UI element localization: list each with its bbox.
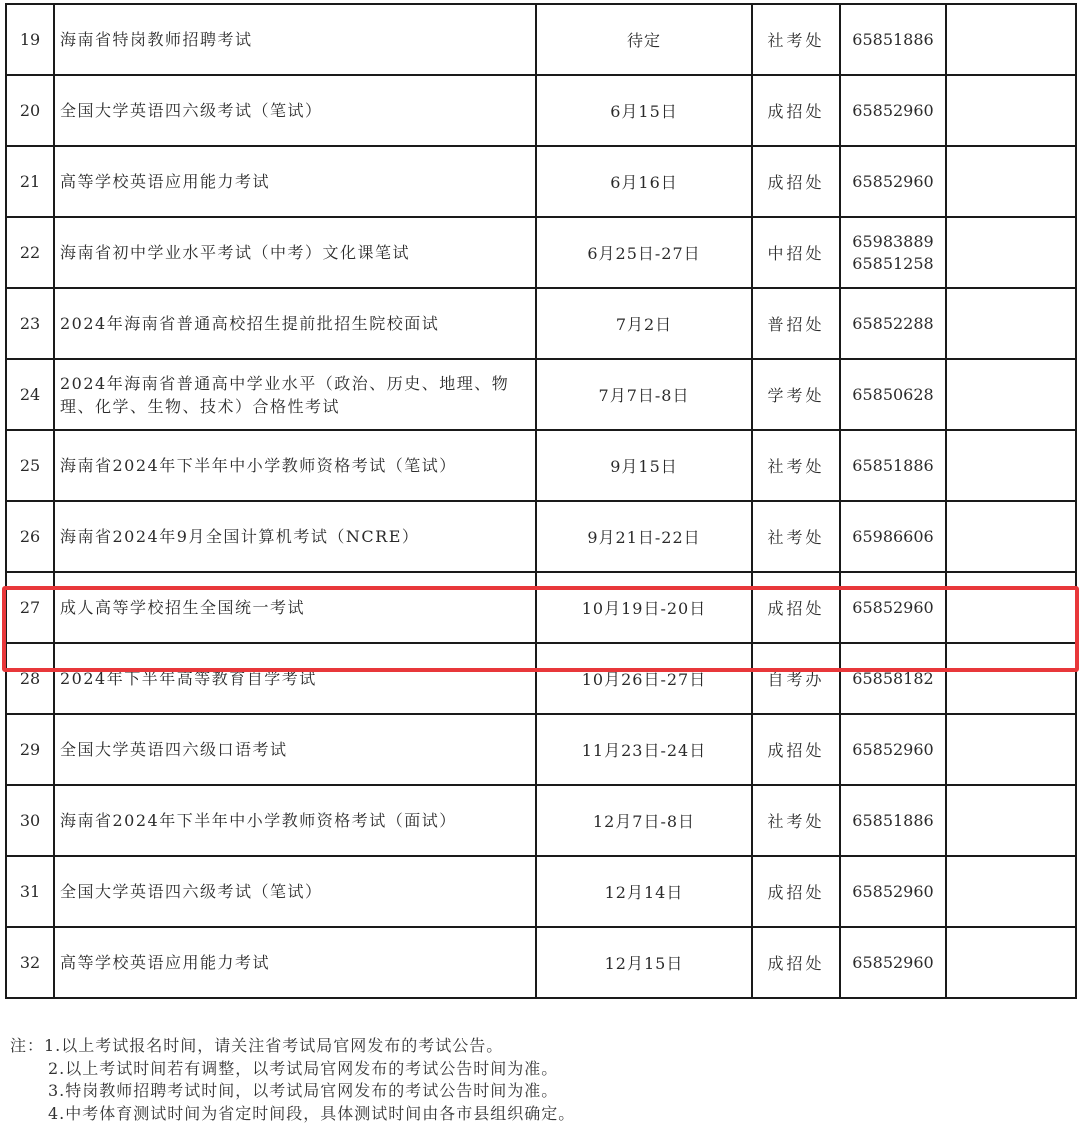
phone-number: 65852960 — [841, 881, 945, 903]
responsible-dept: 成招处 — [752, 75, 840, 146]
responsible-dept: 中招处 — [752, 217, 840, 288]
row-number: 29 — [6, 714, 54, 785]
table-row: 242024年海南省普通高中学业水平（政治、历史、地理、物理、化学、生物、技术）… — [6, 359, 1076, 430]
contact-phone: 65852960 — [840, 927, 946, 998]
contact-phone: 65851886 — [840, 430, 946, 501]
table-row: 29全国大学英语四六级口语考试11月23日-24日成招处65852960 — [6, 714, 1076, 785]
responsible-dept: 成招处 — [752, 146, 840, 217]
contact-phone: 6598388965851258 — [840, 217, 946, 288]
exam-name: 全国大学英语四六级考试（笔试） — [54, 856, 536, 927]
exam-name: 2024年下半年高等教育自学考试 — [54, 643, 536, 714]
row-number: 27 — [6, 572, 54, 643]
exam-date: 6月15日 — [536, 75, 752, 146]
table-row: 26海南省2024年9月全国计算机考试（NCRE）9月21日-22日社考处659… — [6, 501, 1076, 572]
phone-number: 65852960 — [841, 739, 945, 761]
exam-date: 12月7日-8日 — [536, 785, 752, 856]
table-row: 27成人高等学校招生全国统一考试10月19日-20日成招处65852960 — [6, 572, 1076, 643]
remarks-cell — [946, 288, 1076, 359]
contact-phone: 65851886 — [840, 4, 946, 75]
remarks-cell — [946, 714, 1076, 785]
remarks-cell — [946, 785, 1076, 856]
responsible-dept: 自考办 — [752, 643, 840, 714]
responsible-dept: 社考处 — [752, 785, 840, 856]
table-row: 21高等学校英语应用能力考试6月16日成招处65852960 — [6, 146, 1076, 217]
exam-date: 6月16日 — [536, 146, 752, 217]
exam-name: 2024年海南省普通高中学业水平（政治、历史、地理、物理、化学、生物、技术）合格… — [54, 359, 536, 430]
note-line: 3.特岗教师招聘考试时间，以考试局官网发布的考试公告时间为准。 — [10, 1080, 575, 1103]
phone-number: 65851886 — [841, 455, 945, 477]
exam-name: 高等学校英语应用能力考试 — [54, 927, 536, 998]
exam-name: 海南省特岗教师招聘考试 — [54, 4, 536, 75]
phone-number: 65852288 — [841, 313, 945, 335]
contact-phone: 65852288 — [840, 288, 946, 359]
remarks-cell — [946, 217, 1076, 288]
exam-date: 12月14日 — [536, 856, 752, 927]
remarks-cell — [946, 75, 1076, 146]
exam-date: 7月2日 — [536, 288, 752, 359]
exam-schedule-body: 19海南省特岗教师招聘考试待定社考处6585188620全国大学英语四六级考试（… — [6, 4, 1076, 998]
contact-phone: 65851886 — [840, 785, 946, 856]
table-row: 22海南省初中学业水平考试（中考）文化课笔试6月25日-27日中招处659838… — [6, 217, 1076, 288]
contact-phone: 65986606 — [840, 501, 946, 572]
exam-name: 全国大学英语四六级考试（笔试） — [54, 75, 536, 146]
exam-name: 海南省2024年下半年中小学教师资格考试（面试） — [54, 785, 536, 856]
table-row: 19海南省特岗教师招聘考试待定社考处65851886 — [6, 4, 1076, 75]
row-number: 22 — [6, 217, 54, 288]
phone-number: 65983889 — [841, 231, 945, 253]
phone-number: 65850628 — [841, 384, 945, 406]
row-number: 24 — [6, 359, 54, 430]
responsible-dept: 成招处 — [752, 856, 840, 927]
row-number: 19 — [6, 4, 54, 75]
exam-name: 海南省2024年下半年中小学教师资格考试（笔试） — [54, 430, 536, 501]
remarks-cell — [946, 501, 1076, 572]
phone-number: 65852960 — [841, 597, 945, 619]
phone-number: 65851258 — [841, 253, 945, 275]
phone-number: 65852960 — [841, 171, 945, 193]
table-row: 282024年下半年高等教育自学考试10月26日-27日自考办65858182 — [6, 643, 1076, 714]
contact-phone: 65852960 — [840, 146, 946, 217]
responsible-dept: 社考处 — [752, 430, 840, 501]
row-number: 21 — [6, 146, 54, 217]
phone-number: 65851886 — [841, 810, 945, 832]
table-row: 232024年海南省普通高校招生提前批招生院校面试7月2日普招处65852288 — [6, 288, 1076, 359]
exam-name: 全国大学英语四六级口语考试 — [54, 714, 536, 785]
remarks-cell — [946, 146, 1076, 217]
exam-name: 高等学校英语应用能力考试 — [54, 146, 536, 217]
remarks-cell — [946, 927, 1076, 998]
row-number: 23 — [6, 288, 54, 359]
contact-phone: 65852960 — [840, 714, 946, 785]
remarks-cell — [946, 430, 1076, 501]
responsible-dept: 学考处 — [752, 359, 840, 430]
exam-date: 待定 — [536, 4, 752, 75]
note-line: 4.中考体育测试时间为省定时间段，具体测试时间由各市县组织确定。 — [10, 1103, 575, 1126]
contact-phone: 65852960 — [840, 856, 946, 927]
table-row: 31全国大学英语四六级考试（笔试）12月14日成招处65852960 — [6, 856, 1076, 927]
phone-number: 65852960 — [841, 100, 945, 122]
exam-name: 海南省2024年9月全国计算机考试（NCRE） — [54, 501, 536, 572]
row-number: 25 — [6, 430, 54, 501]
table-row: 20全国大学英语四六级考试（笔试）6月15日成招处65852960 — [6, 75, 1076, 146]
contact-phone: 65858182 — [840, 643, 946, 714]
row-number: 30 — [6, 785, 54, 856]
note-line: 注：1.以上考试报名时间，请关注省考试局官网发布的考试公告。 — [10, 1035, 575, 1058]
remarks-cell — [946, 572, 1076, 643]
table-row: 32高等学校英语应用能力考试12月15日成招处65852960 — [6, 927, 1076, 998]
exam-date: 7月7日-8日 — [536, 359, 752, 430]
exam-name: 海南省初中学业水平考试（中考）文化课笔试 — [54, 217, 536, 288]
exam-date: 12月15日 — [536, 927, 752, 998]
exam-date: 9月15日 — [536, 430, 752, 501]
remarks-cell — [946, 359, 1076, 430]
exam-date: 10月26日-27日 — [536, 643, 752, 714]
responsible-dept: 成招处 — [752, 714, 840, 785]
remarks-cell — [946, 643, 1076, 714]
phone-number: 65986606 — [841, 526, 945, 548]
row-number: 26 — [6, 501, 54, 572]
responsible-dept: 社考处 — [752, 501, 840, 572]
row-number: 31 — [6, 856, 54, 927]
remarks-cell — [946, 4, 1076, 75]
exam-name: 成人高等学校招生全国统一考试 — [54, 572, 536, 643]
phone-number: 65858182 — [841, 668, 945, 690]
phone-number: 65852960 — [841, 952, 945, 974]
responsible-dept: 社考处 — [752, 4, 840, 75]
exam-date: 9月21日-22日 — [536, 501, 752, 572]
remarks-cell — [946, 856, 1076, 927]
contact-phone: 65852960 — [840, 572, 946, 643]
exam-schedule-table: 19海南省特岗教师招聘考试待定社考处6585188620全国大学英语四六级考试（… — [5, 3, 1077, 999]
contact-phone: 65850628 — [840, 359, 946, 430]
responsible-dept: 成招处 — [752, 927, 840, 998]
responsible-dept: 普招处 — [752, 288, 840, 359]
row-number: 20 — [6, 75, 54, 146]
notes-section: 注：1.以上考试报名时间，请关注省考试局官网发布的考试公告。 2.以上考试时间若… — [10, 1035, 575, 1125]
table-row: 25海南省2024年下半年中小学教师资格考试（笔试）9月15日社考处658518… — [6, 430, 1076, 501]
exam-date: 6月25日-27日 — [536, 217, 752, 288]
table-row: 30海南省2024年下半年中小学教师资格考试（面试）12月7日-8日社考处658… — [6, 785, 1076, 856]
contact-phone: 65852960 — [840, 75, 946, 146]
phone-number: 65851886 — [841, 29, 945, 51]
exam-date: 11月23日-24日 — [536, 714, 752, 785]
note-line: 2.以上考试时间若有调整，以考试局官网发布的考试公告时间为准。 — [10, 1058, 575, 1081]
exam-name: 2024年海南省普通高校招生提前批招生院校面试 — [54, 288, 536, 359]
responsible-dept: 成招处 — [752, 572, 840, 643]
row-number: 28 — [6, 643, 54, 714]
row-number: 32 — [6, 927, 54, 998]
exam-date: 10月19日-20日 — [536, 572, 752, 643]
